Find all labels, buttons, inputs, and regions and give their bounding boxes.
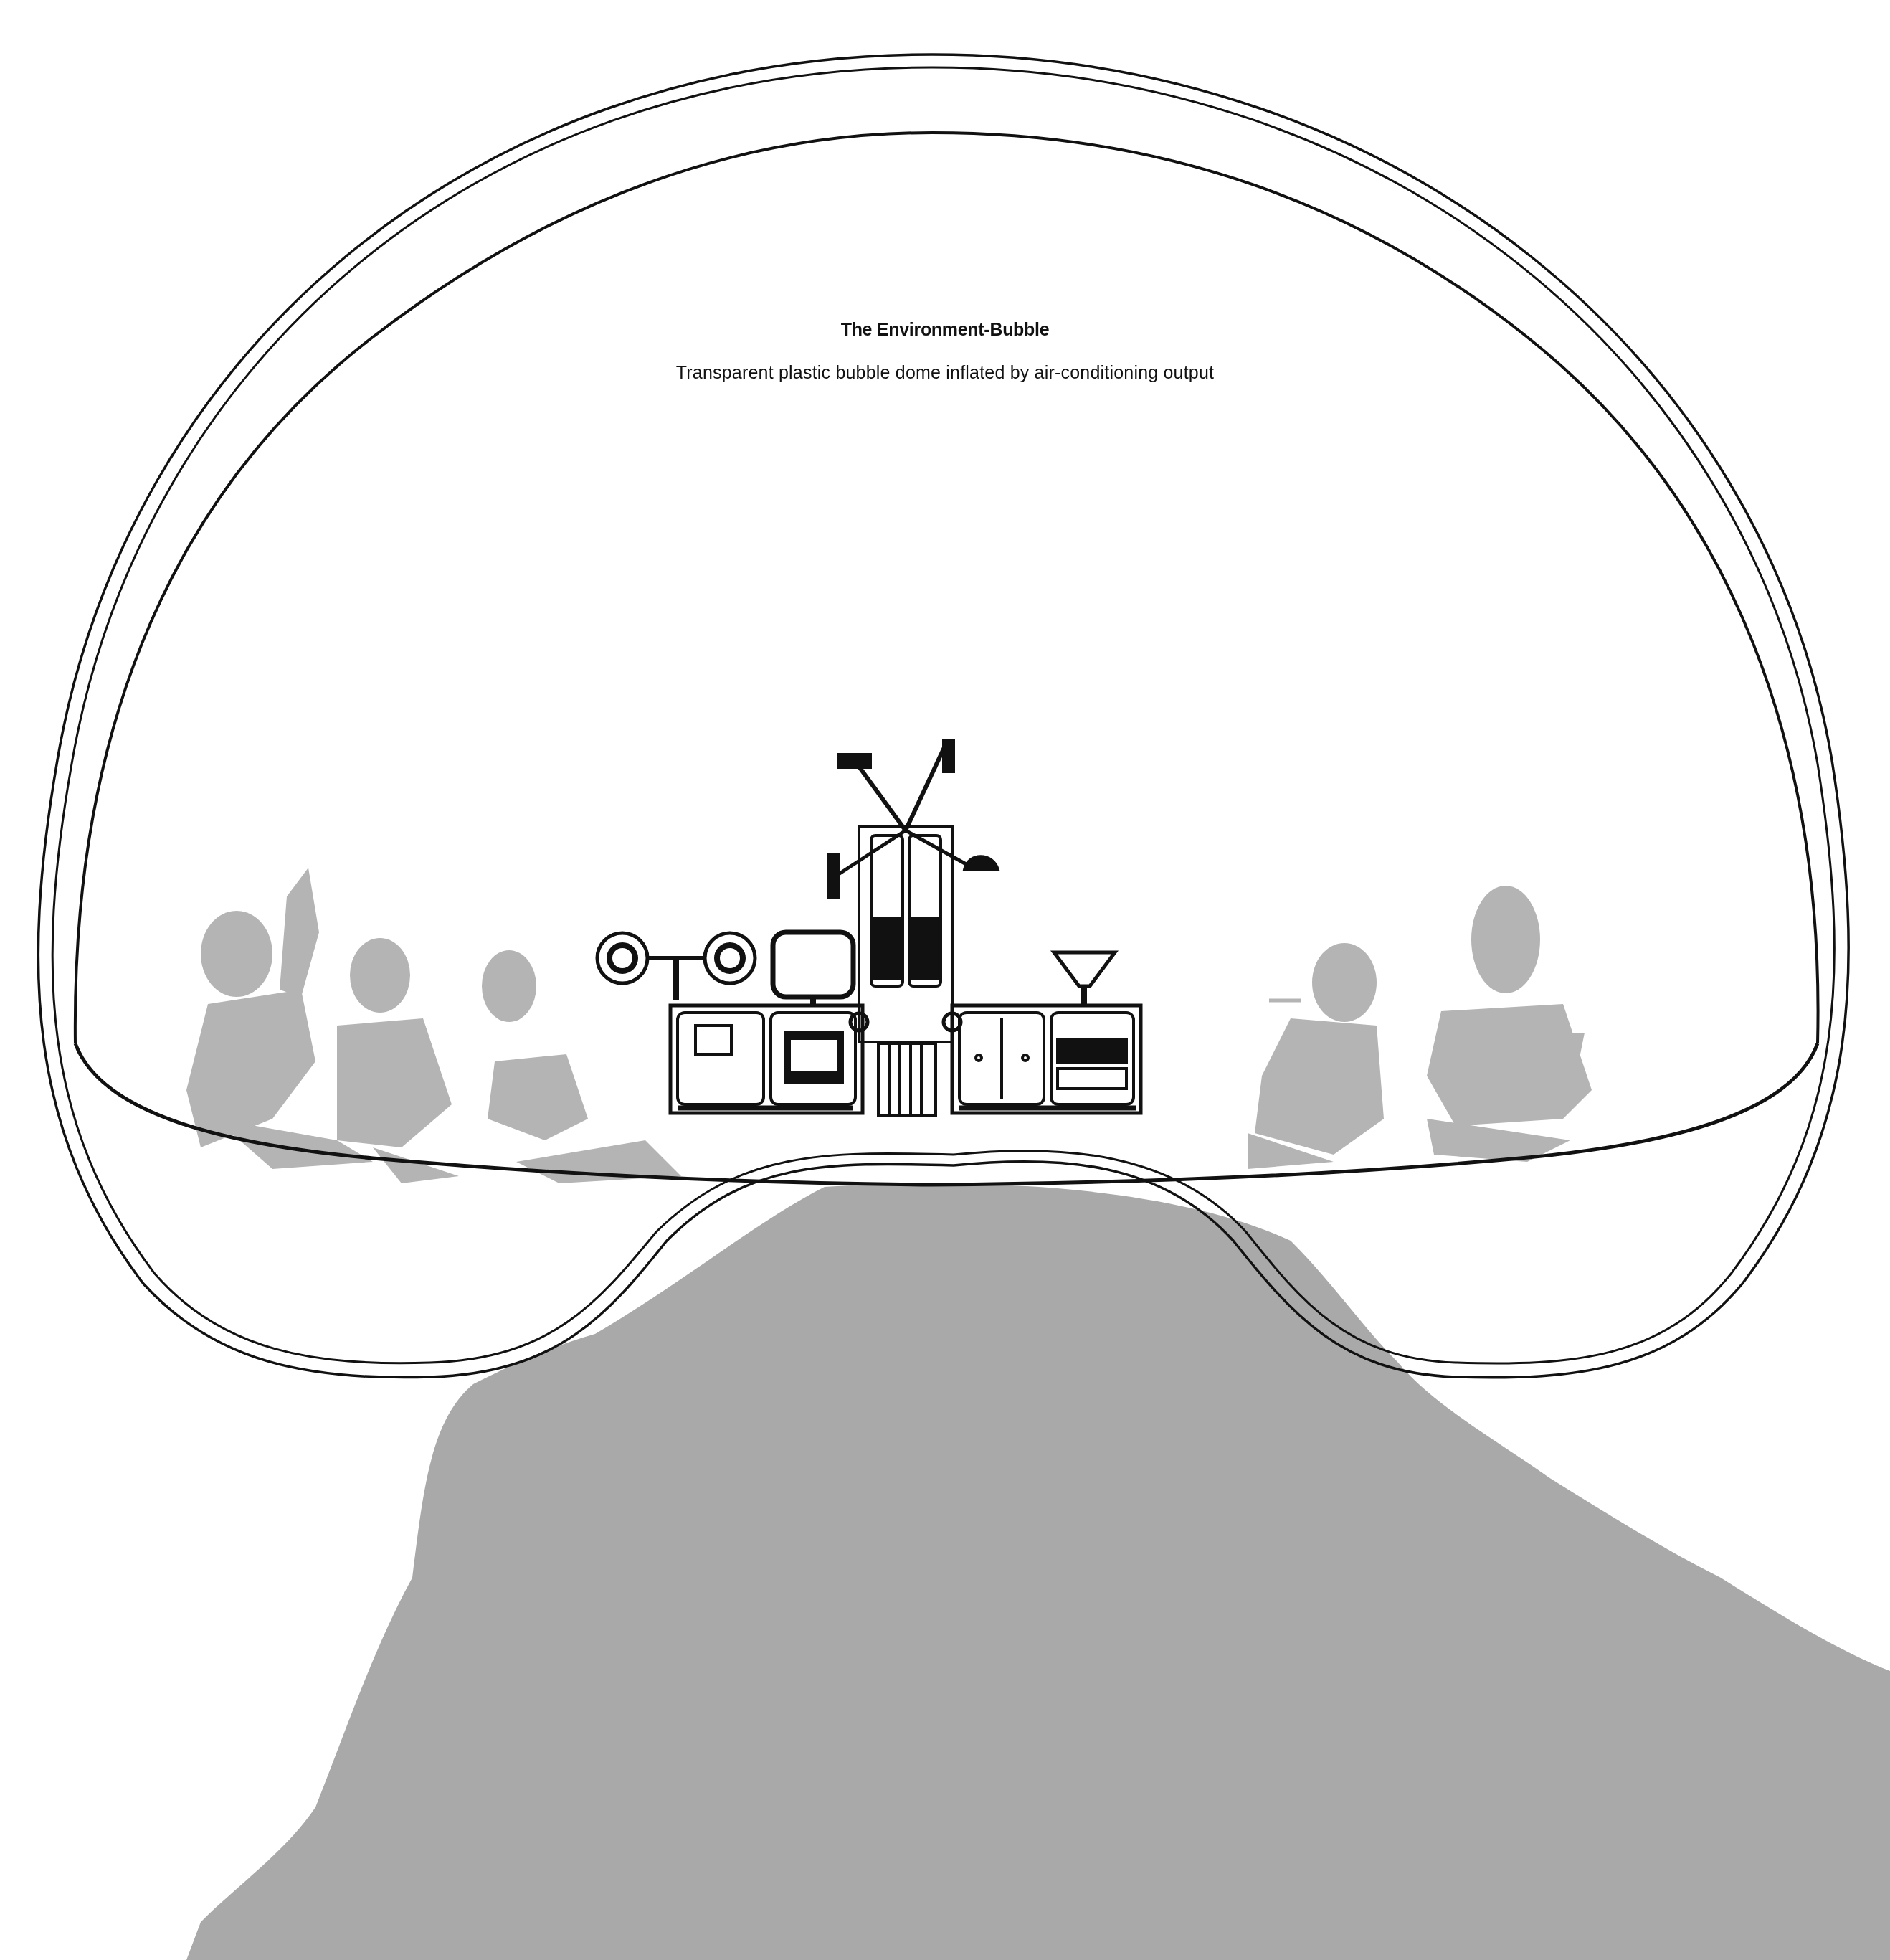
lamp-arm bbox=[855, 762, 906, 830]
inner-dome-outline bbox=[75, 133, 1818, 1043]
television bbox=[773, 932, 853, 997]
speaker-right bbox=[705, 933, 755, 983]
rock-outcrop bbox=[186, 1183, 1890, 1960]
outer-dome-inner-outline bbox=[52, 67, 1834, 1363]
equipment bbox=[597, 740, 1141, 1115]
figure-title: The Environment-Bubble bbox=[0, 320, 1890, 341]
dish-antenna bbox=[1054, 952, 1115, 986]
speaker-left bbox=[597, 933, 647, 983]
figure-subtitle: Transparent plastic bubble dome inflated… bbox=[0, 363, 1890, 384]
people-right bbox=[1248, 886, 1592, 1169]
outer-dome-outline bbox=[38, 55, 1848, 1378]
people-left bbox=[186, 868, 681, 1183]
environment-bubble-diagram bbox=[0, 0, 1890, 1960]
